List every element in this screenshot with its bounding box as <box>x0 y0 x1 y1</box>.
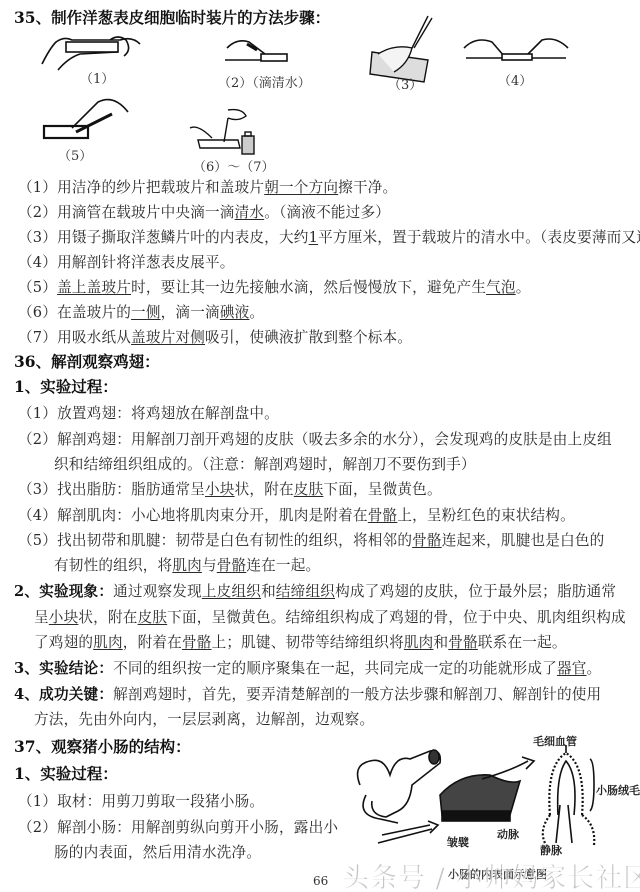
label-artery: 动脉 <box>497 826 519 842</box>
s37-step-2b: 肠的内表面，然后用清水洗净。 <box>54 841 261 862</box>
s36-sub-process: 1、实验过程： <box>14 375 118 397</box>
s36-step-5b: 有韧性的组织，将肌肉与骨骼连在一起。 <box>54 554 320 575</box>
figure-caption-2: （2）（滴清水） <box>218 72 311 91</box>
s36-conclusion: 3、实验结论：不同的组织按一定的顺序聚集在一起，共同完成一定的功能就形成了器官。 <box>14 657 601 678</box>
s36-key-1: 4、成功关键：解剖鸡翅时，首先，要弄清楚解剖的一般方法步骤和解剖刀、解剖针的使用 <box>14 683 601 704</box>
s36-step-5a: （5）找出韧带和肌腱：韧带是白色有韧性的组织，将相邻的骨骼连起来，肌腱也是白色的 <box>18 529 604 550</box>
section-37-title: 37、观察猪小肠的结构： <box>14 735 191 757</box>
s36-phenomenon-2: 呈小块状，附在皮肤下面，呈微黄色。结缔组织构成了鸡翅的骨，位于中央、肌肉组织构成 <box>34 606 626 627</box>
figure-caption-6-7: （6）～（7） <box>193 156 275 175</box>
s35-step-3: （3）用镊子撕取洋葱鳞片叶的内表皮，大约1平方厘米，置于载玻片的清水中。（表皮要… <box>18 226 640 247</box>
page-number: 66 <box>313 874 328 888</box>
s36-step-2a: （2）解剖鸡翅：用解剖刀剖开鸡翅的皮肤（吸去多余的水分），会发现鸡的皮肤是由上皮… <box>18 428 612 449</box>
figure-caption-5: （5） <box>58 145 92 164</box>
label-capillary: 毛细血管 <box>533 733 577 749</box>
figure-caption-1: （1） <box>80 68 114 87</box>
s35-step-2: （2）用滴管在载玻片中央滴一滴清水。（滴液不能过多） <box>18 201 390 222</box>
label-villi: 小肠绒毛 <box>596 782 640 798</box>
s36-phenomenon-1: 2、实验现象：通过观察发现上皮组织和结缔组织构成了鸡翅的皮肤，位于最外层；脂肪通… <box>14 580 616 601</box>
figure-wipe-slide <box>40 30 145 72</box>
figure-caption-3: （3） <box>388 74 422 93</box>
figure-cover-slip <box>42 94 130 142</box>
figure-spread-epidermis <box>462 34 570 66</box>
s36-phenomenon-3: 了鸡翅的肌肉，附着在骨骼上；肌键、韧带等结缔组织将肌肉和骨骼联系在一起。 <box>34 631 567 652</box>
s35-step-7: （7）用吸水纸从盖玻片对侧吸引，使碘液扩散到整个标本。 <box>18 326 412 347</box>
figure-drop-water <box>225 36 295 68</box>
s35-step-4: （4）用解剖针将洋葱表皮展平。 <box>18 251 235 272</box>
s35-step-6: （6）在盖玻片的一侧，滴一滴碘液。 <box>18 301 264 322</box>
s37-step-1: （1）取材：用剪刀剪取一段猪小肠。 <box>18 790 264 811</box>
figure-stain-iodine <box>188 108 256 156</box>
figure-caption-4: （4） <box>498 70 532 89</box>
s36-step-4: （4）解剖肌肉：小心地将肌肉束分开，肌肉是附着在骨骼上，呈粉红色的束状结构。 <box>18 504 575 525</box>
watermark: 头条号 / 小帅妈家长社区 <box>342 856 640 892</box>
s37-sub-process: 1、实验过程： <box>14 762 118 784</box>
label-fold: 皱襞 <box>447 834 469 850</box>
s36-step-3: （3）找出脂肪：脂肪通常呈小块状，附在皮肤下面，呈微黄色。 <box>18 478 442 499</box>
s35-step-1: （1）用洁净的纱片把载玻片和盖玻片朝一个方向擦干净。 <box>18 176 397 197</box>
s37-step-2a: （2）解剖小肠：用解剖剪纵向剪开小肠，露出小 <box>18 816 338 837</box>
s35-step-5: （5）盖上盖玻片时，要让其一边先接触水滴，然后慢慢放下，避免产生气泡。 <box>18 276 531 297</box>
s36-step-1: （1）放置鸡翅：将鸡翅放在解剖盘中。 <box>18 402 279 423</box>
figure-small-intestine <box>350 745 640 855</box>
section-36-title: 36、解剖观察鸡翅： <box>14 350 160 372</box>
s36-key-2: 方法，先由外向内，一层层剥离，边解剖，边观察。 <box>34 708 374 729</box>
section-35-title: 35、制作洋葱表皮细胞临时装片的方法步骤： <box>14 6 330 28</box>
s36-step-2b: 织和结缔组织组成的。（注意：解剖鸡翅时，解剖刀不要伤到手） <box>54 453 476 474</box>
